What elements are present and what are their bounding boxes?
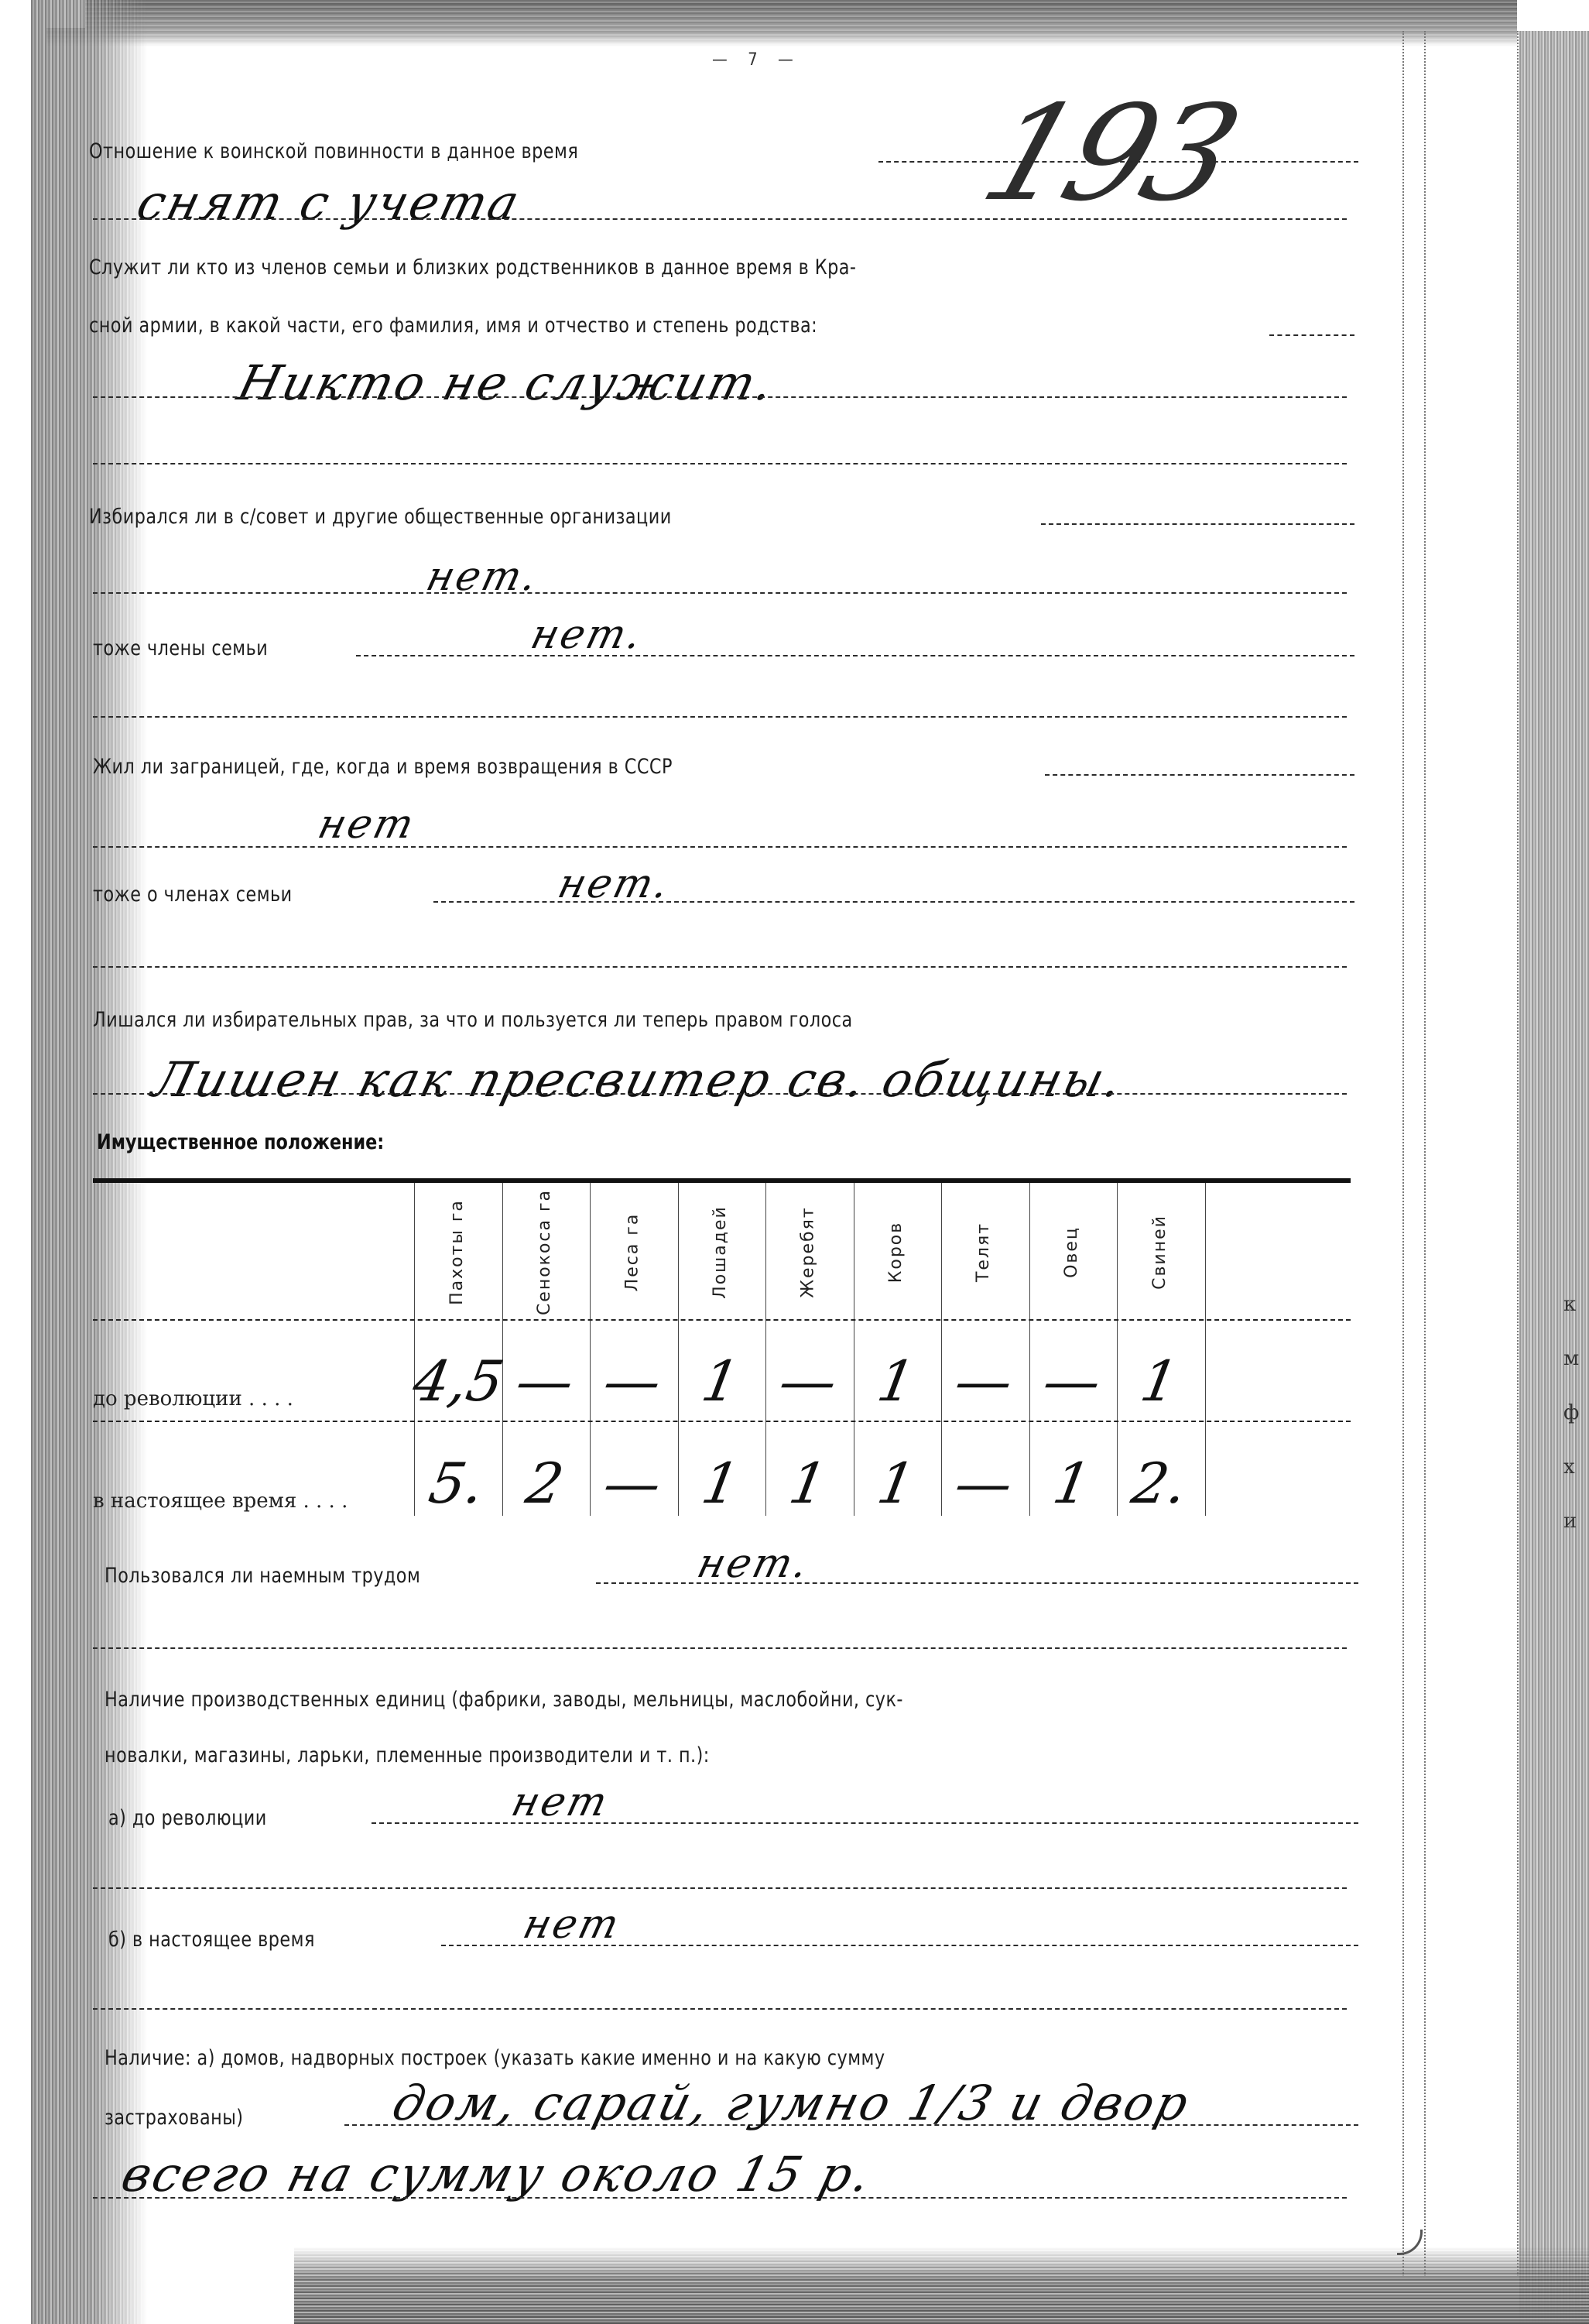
header-mark: — 7 — <box>712 50 801 70</box>
rule <box>356 655 1354 656</box>
rule <box>93 846 1347 848</box>
table-column-header: Леса га <box>590 1194 675 1310</box>
table-cell: — <box>584 1349 681 1414</box>
field-relatives-army-label-2: сной армии, в какой части, его фамилия, … <box>89 314 817 338</box>
field-production-before-answer: нет <box>507 1779 614 1825</box>
table-column-header: Лошадей <box>678 1194 763 1310</box>
table-cell: 5. <box>409 1451 505 1516</box>
table-column-header: Свиней <box>1117 1194 1202 1310</box>
table-cell: — <box>496 1349 593 1414</box>
rule <box>93 1647 1347 1649</box>
field-elected-family-answer: нет. <box>526 612 649 658</box>
field-voting-rights-answer: Лишен как пресвитер св. общины. <box>147 1051 1130 1108</box>
field-abroad-answer: нет <box>313 801 420 848</box>
table-column-header: Пахоты га <box>414 1194 499 1310</box>
field-production-before-label: а) до революции <box>108 1806 267 1830</box>
page-stack-edge <box>1517 31 1519 2276</box>
table-cell: 1 <box>760 1451 857 1516</box>
page-number: 193 <box>966 77 1253 231</box>
column-header-text: Сенокоса га <box>535 1188 554 1315</box>
table-cell: — <box>760 1349 857 1414</box>
table-column-header: Овец <box>1029 1194 1115 1310</box>
rule <box>93 1887 1347 1889</box>
table-cell: — <box>936 1451 1033 1516</box>
field-abroad-family-answer: нет. <box>553 861 676 907</box>
edge-letter: и <box>1563 1494 1587 1548</box>
rule <box>93 592 1347 594</box>
table-cell: — <box>584 1451 681 1516</box>
table-row-rule <box>93 1319 1351 1321</box>
field-elected-family-label: тоже члены семьи <box>93 636 268 660</box>
column-header-text: Телят <box>974 1222 994 1281</box>
field-relatives-army-answer: Никто не служит. <box>232 355 781 411</box>
field-production-label-2: новалки, магазины, ларьки, племенные про… <box>104 1743 710 1767</box>
field-buildings-label-2: застрахованы) <box>104 2106 243 2130</box>
field-production-now-label: б) в настоящее время <box>108 1928 315 1952</box>
rule <box>93 218 1347 220</box>
scan-shadow-top <box>46 0 1517 46</box>
field-abroad-label: Жил ли заграницей, где, когда и время во… <box>93 755 673 779</box>
page-stack-edge <box>1402 31 1404 2276</box>
rule <box>93 716 1347 718</box>
field-buildings-label-1: Наличие: а) домов, надворных построек (у… <box>104 2046 885 2070</box>
table-cell: 2 <box>496 1451 593 1516</box>
table-column-header: Телят <box>941 1194 1026 1310</box>
column-header-text: Лошадей <box>711 1205 730 1299</box>
table-cell: 1 <box>672 1349 769 1414</box>
rule <box>93 463 1347 464</box>
field-voting-rights-label: Лишался ли избирательных прав, за что и … <box>93 1008 853 1032</box>
table-top-rule <box>93 1178 1351 1183</box>
table-cell: — <box>936 1349 1033 1414</box>
edge-letter: ф <box>1563 1386 1587 1440</box>
rule <box>93 1093 1347 1095</box>
field-hired-labor-label: Пользовался ли наемным трудом <box>104 1564 420 1588</box>
column-header-text: Пахоты га <box>447 1199 467 1305</box>
table-cell: 1 <box>1023 1451 1120 1516</box>
table-cell: — <box>1023 1349 1120 1414</box>
table-row-label: в настоящее время . . . . <box>93 1489 348 1513</box>
rule <box>1269 334 1354 336</box>
field-production-now-answer: нет <box>519 1901 625 1948</box>
table-cell: 1 <box>848 1349 944 1414</box>
scan-shadow-bottom <box>294 2247 1589 2324</box>
table-cell: 1 <box>1111 1349 1208 1414</box>
column-header-text: Свиней <box>1150 1215 1169 1290</box>
field-buildings-answer-1: дом, сарай, гумно 1/3 и двор <box>387 2075 1196 2131</box>
field-buildings-answer-2: всего на сумму около 15 р. <box>116 2146 878 2202</box>
table-column-header: Коров <box>854 1194 939 1310</box>
field-elected-label: Избирался ли в с/совет и другие обществе… <box>89 505 672 529</box>
rule <box>1045 774 1354 776</box>
adjacent-page-letters: к м ф х и <box>1563 1277 1587 1548</box>
rule <box>93 396 1347 398</box>
rule <box>93 966 1347 968</box>
table-cell: 1 <box>672 1451 769 1516</box>
field-military-duty-answer: снят с учета <box>132 174 527 231</box>
table-cell: 1 <box>848 1451 944 1516</box>
scan-shadow-right <box>1519 31 1589 2324</box>
edge-letter: к <box>1563 1277 1587 1332</box>
scan-binding-shadow <box>31 0 147 2324</box>
rule <box>878 161 1358 163</box>
field-relatives-army-label-1: Служит ли кто из членов семьи и близких … <box>89 255 856 279</box>
rule <box>1041 523 1354 525</box>
table-row-rule <box>93 1421 1351 1422</box>
table-column-header: Жеребят <box>765 1194 851 1310</box>
table-cell: 4,5 <box>409 1349 505 1414</box>
column-header-text: Леса га <box>622 1212 642 1291</box>
field-hired-labor-answer: нет. <box>693 1541 815 1587</box>
property-section-title: Имущественное положение: <box>97 1130 384 1154</box>
table-column-header: Сенокоса га <box>502 1194 587 1310</box>
page-stack-edge <box>1424 31 1426 2276</box>
field-production-label-1: Наличие производственных единиц (фабрики… <box>104 1688 903 1712</box>
edge-letter: х <box>1563 1440 1587 1494</box>
column-header-text: Жеребят <box>799 1206 818 1297</box>
table-row-label: до революции . . . . <box>93 1387 293 1411</box>
column-header-text: Овец <box>1062 1226 1081 1278</box>
table-cell: 2. <box>1111 1451 1208 1516</box>
rule <box>93 2197 1347 2199</box>
field-abroad-family-label: тоже о членах семьи <box>93 883 293 907</box>
column-header-text: Коров <box>886 1221 906 1282</box>
field-military-duty-label: Отношение к воинской повинности в данное… <box>89 139 578 163</box>
rule <box>93 2008 1347 2010</box>
edge-letter: м <box>1563 1332 1587 1386</box>
